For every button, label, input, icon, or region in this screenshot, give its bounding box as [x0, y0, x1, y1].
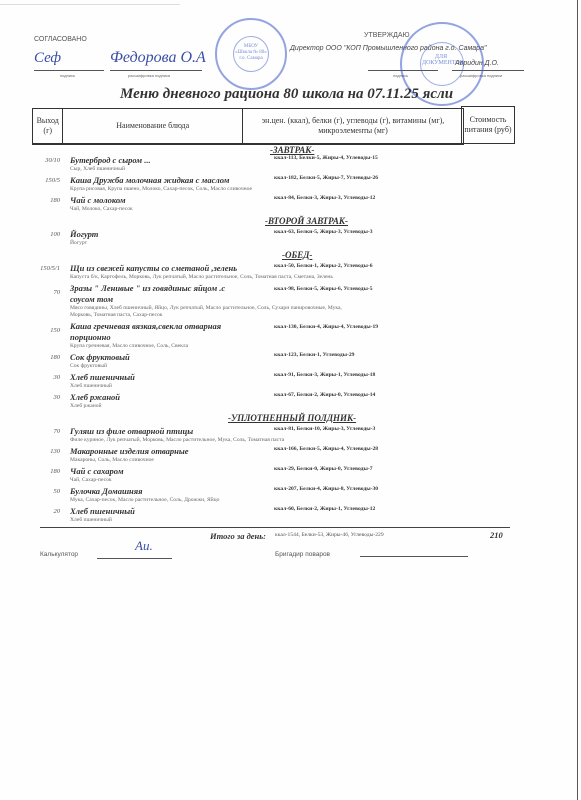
dish-name: Булочка Домашняя — [70, 486, 143, 497]
calculator-signature-line — [97, 558, 172, 559]
item-yield: 150/5/1 — [20, 265, 60, 272]
name-caption: расшифровка подписи — [128, 73, 170, 78]
item-yield: 30/10 — [20, 157, 60, 164]
dish-name: Зразы " Ленивые " из говядиныс яйцом .с — [70, 283, 225, 294]
school-stamp: МБОУ «Школа № 80» г.о. Самара — [215, 18, 287, 90]
dish-nutrition: ккал-67, Белки-2, Жиры-0, Углеводы-14 — [274, 392, 375, 398]
dish-ingredients: Макароны, Соль, Масло сливочное — [70, 457, 154, 464]
item-yield: 30 — [20, 374, 60, 381]
header-nutrition: эн.цен. (ккал), белки (г), углеводы (г),… — [243, 109, 463, 143]
dish-nutrition: ккал-84, Белки-3, Жиры-3, Углеводы-12 — [274, 195, 375, 201]
dish-ingredients: Мясо говядины, Хлеб пшеничный, Яйцо, Лук… — [70, 305, 342, 312]
dish-ingredients: Крупа рисовая, Крупа пшено, Молоко, Саха… — [70, 186, 252, 193]
section-title: -ОБЕД- — [282, 250, 312, 260]
chef-signature-line — [360, 556, 468, 557]
dish-name: Хлеб пшеничный — [70, 372, 135, 383]
total-divider — [40, 527, 510, 528]
signature-caption: подпись — [60, 73, 75, 78]
item-yield: 180 — [20, 354, 60, 361]
dish-name: Йогурт — [70, 229, 98, 240]
item-yield: 70 — [20, 428, 60, 435]
dish-ingredients: Сыр, Хлеб пшеничный — [70, 166, 125, 173]
dish-ingredients: Капуста б/к, Картофель, Морковь, Лук реп… — [70, 274, 333, 281]
calculator-label: Калькулятор — [40, 551, 78, 558]
dish-ingredients: Крупа гречневая, Масло сливочное, Соль, … — [70, 343, 188, 350]
dish-name: Каша гречневая вязкая,свекла отварная — [70, 321, 221, 332]
item-yield: 100 — [20, 231, 60, 238]
item-yield: 30 — [20, 394, 60, 401]
dish-nutrition: ккал-166, Белки-5, Жиры-4, Углеводы-28 — [274, 446, 378, 452]
item-yield: 130 — [20, 448, 60, 455]
section-title: -ЗАВТРАК- — [270, 145, 314, 155]
total-price: 210 — [490, 530, 503, 540]
dish-nutrition: ккал-113, Белки-5, Жиры-4, Углеводы-15 — [274, 155, 378, 161]
dish-nutrition: ккал-123, Белки-1, Углеводы-29 — [274, 352, 354, 358]
item-yield: 180 — [20, 468, 60, 475]
table-header: Выход (г) Наименование блюда эн.цен. (кк… — [32, 108, 464, 145]
approve-label: УТВЕРЖДАЮ — [364, 32, 410, 39]
dish-name-continued: порционно — [70, 332, 111, 343]
scan-edge — [577, 0, 578, 800]
dish-ingredients: Филе куриное, Лук репчатый, Морковь, Мас… — [70, 437, 284, 444]
dish-ingredients-continued: Морковь, Томатная паста, Сахар-песок — [70, 312, 163, 319]
approval-name-handwritten: Федорова О.А — [110, 49, 206, 67]
item-yield: 150 — [20, 327, 60, 334]
item-yield: 180 — [20, 197, 60, 204]
dish-nutrition: ккал-182, Белки-5, Жиры-7, Углеводы-26 — [274, 175, 378, 181]
approval-signature: Сеф — [34, 50, 61, 67]
dish-name: Гуляш из филе отварной птицы — [70, 426, 193, 437]
dish-nutrition: ккал-63, Белки-5, Жиры-3, Углеводы-3 — [274, 229, 373, 235]
dish-ingredients: Сок фруктовый — [70, 363, 107, 370]
dish-nutrition: ккал-91, Белки-3, Жиры-1, Углеводы-18 — [274, 372, 375, 378]
dish-name: Бутерброд с сыром ... — [70, 155, 151, 166]
name-line — [110, 70, 202, 71]
signature-line — [34, 70, 104, 71]
dish-ingredients: Хлеб пшеничный — [70, 383, 112, 390]
total-values: ккал-1544, Белки-53, Жиры-46, Углеводы-2… — [275, 532, 384, 538]
total-label: Итого за день: — [210, 531, 266, 541]
page-title: Меню дневного рациона 80 школа на 07.11.… — [120, 86, 453, 103]
chef-label: Бригадир поваров — [275, 551, 330, 558]
section-title: -ВТОРОЙ ЗАВТРАК- — [265, 216, 348, 226]
dish-nutrition: ккал-81, Белки-10, Жиры-3, Углеводы-3 — [274, 426, 375, 432]
item-yield: 50 — [20, 488, 60, 495]
dish-name: Щи из свежей капусты со сметаной ,зелень — [70, 263, 237, 274]
dish-name: Чай с молоком — [70, 195, 126, 206]
item-yield: 20 — [20, 508, 60, 515]
dish-ingredients: Хлеб ржаной — [70, 403, 102, 410]
item-yield: 70 — [20, 289, 60, 296]
dish-name: Хлеб пшеничный — [70, 506, 135, 517]
dish-ingredients: Мука, Сахар-песок, Масло растительное, С… — [70, 497, 219, 504]
header-dish-name: Наименование блюда — [63, 109, 243, 143]
dish-name: Хлеб ржаной — [70, 392, 120, 403]
dish-ingredients: Хлеб пшеничный — [70, 517, 112, 524]
dish-name-continued: соусом том — [70, 294, 113, 305]
approved-label: СОГЛАСОВАНО — [34, 36, 87, 43]
calculator-signature: Аи. — [135, 538, 153, 554]
header-yield: Выход (г) — [33, 109, 63, 143]
section-title: -УПЛОТНЕННЫЙ ПОЛДНИК- — [228, 413, 356, 423]
document-page: СОГЛАСОВАНО Сеф подпись Федорова О.А рас… — [0, 0, 581, 800]
dish-ingredients: Чай, Сахар-песок — [70, 477, 112, 484]
dish-nutrition: ккал-98, Белки-5, Жиры-6, Углеводы-5 — [274, 286, 373, 292]
dish-nutrition: ккал-207, Белки-4, Жиры-8, Углеводы-30 — [274, 486, 378, 492]
dish-nutrition: ккал-60, Белки-2, Жиры-1, Углеводы-12 — [274, 506, 375, 512]
dish-ingredients: Чай, Молоко, Сахар-песок — [70, 206, 133, 213]
dish-name: Макаронные изделия отварные — [70, 446, 189, 457]
item-yield: 150/5 — [20, 177, 60, 184]
dish-nutrition: ккал-50, Белки-1, Жиры-2, Углеводы-6 — [274, 263, 373, 269]
dish-ingredients: Йогурт — [70, 240, 87, 247]
dish-name: Чай с сахаром — [70, 466, 124, 477]
dish-nutrition: ккал-29, Белки-0, Жиры-0, Углеводы-7 — [274, 466, 373, 472]
dish-name: Каша Дружба молочная жидкая с маслом — [70, 175, 230, 186]
scan-edge — [0, 4, 180, 5]
dish-name: Сок фруктовый — [70, 352, 130, 363]
header-price: Стоимость питания (руб) — [461, 106, 515, 144]
dish-nutrition: ккал-130, Белки-4, Жиры-4, Углеводы-19 — [274, 324, 378, 330]
